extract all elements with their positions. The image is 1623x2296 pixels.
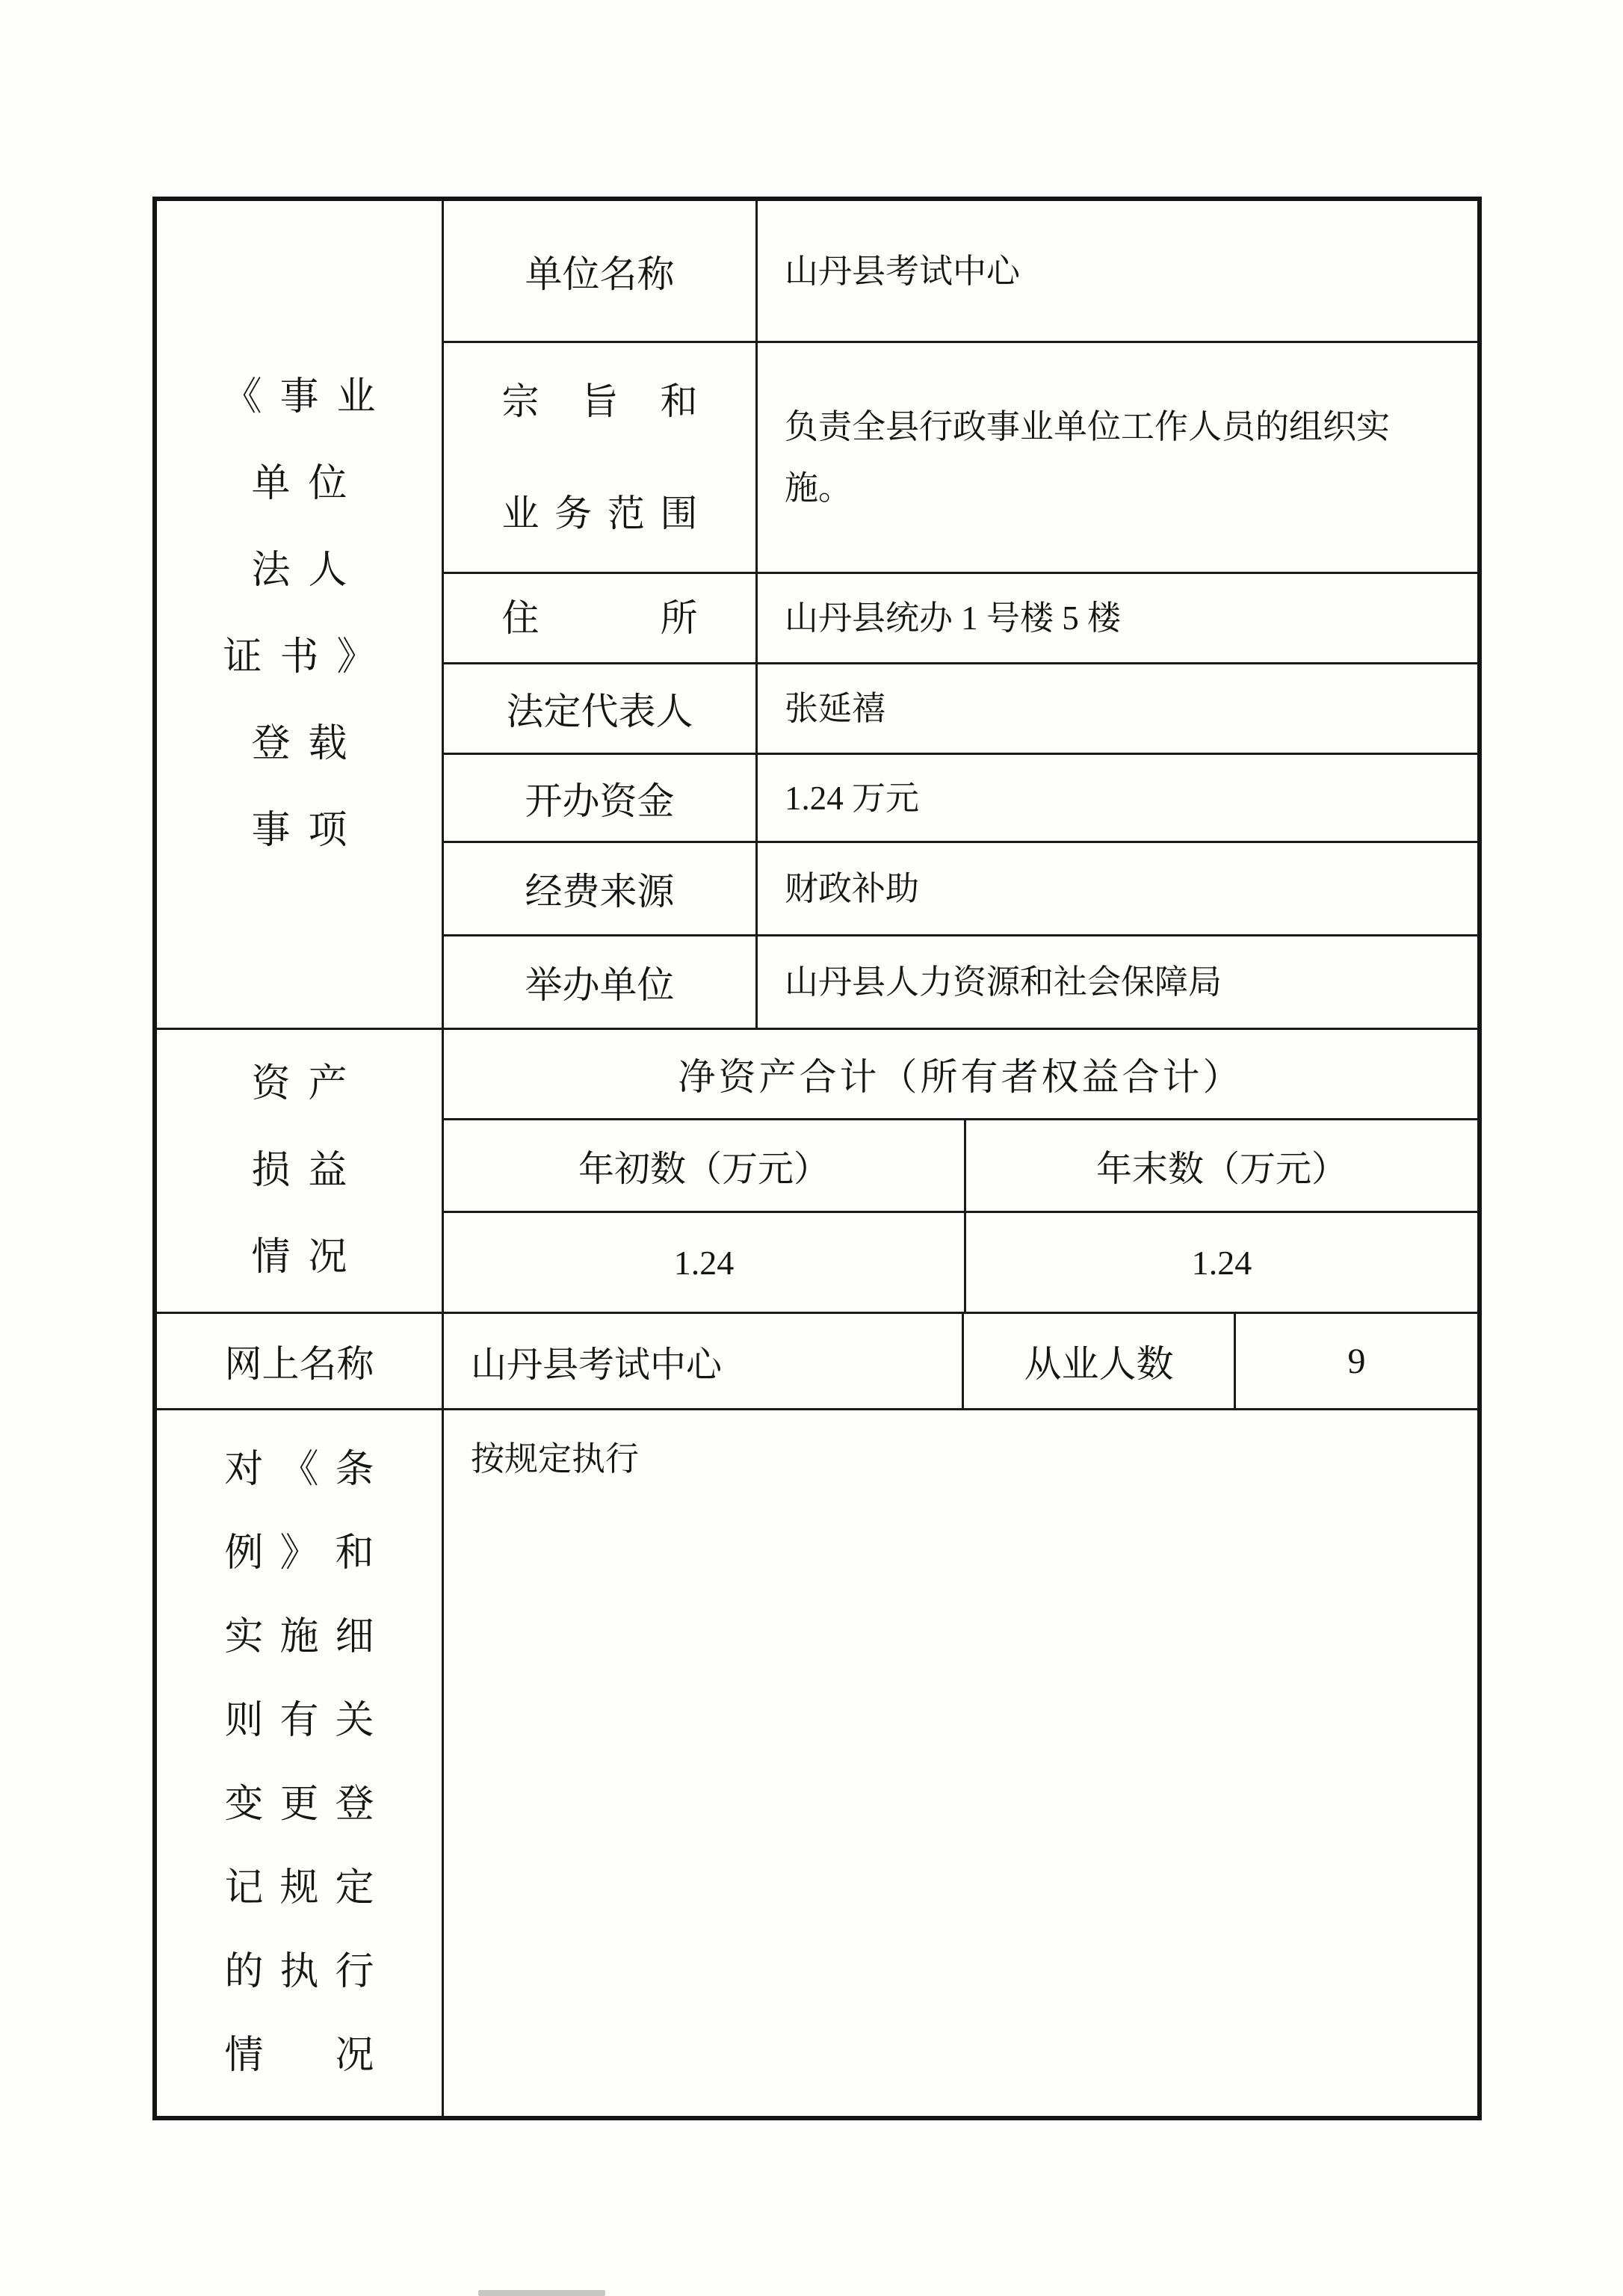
assets-section-header-cell: 资产 损益 情况 — [157, 1030, 444, 1312]
address-label-cell: 住所 — [444, 574, 758, 662]
online-name-section: 网上名称 山丹县考试中心 从业人数 9 — [157, 1312, 1477, 1408]
assets-section: 资产 损益 情况 净资产合计（所有者权益合计） 年初数（万元） 年末数（万元） … — [157, 1028, 1477, 1312]
purpose-scope-label-cell: 宗旨和 业务范围 — [444, 343, 758, 572]
opening-funds-value: 1.24 万元 — [758, 755, 1477, 841]
net-assets-header: 净资产合计（所有者权益合计） — [444, 1030, 1477, 1118]
legal-representative-label-cell: 法定代表人 — [444, 664, 758, 753]
funding-source-value: 财政补助 — [758, 843, 1477, 934]
scan-artifact — [478, 2290, 605, 2296]
row-opening-funds: 开办资金 1.24 万元 — [444, 753, 1477, 841]
row-funding-source: 经费来源 财政补助 — [444, 841, 1477, 934]
unit-name-label: 单位名称 — [525, 244, 675, 298]
organizer-label: 举办单位 — [525, 955, 675, 1009]
year-start-value: 1.24 — [444, 1213, 964, 1312]
online-name-label: 网上名称 — [157, 1314, 444, 1408]
unit-name-label-cell: 单位名称 — [444, 201, 758, 341]
assets-grid: 净资产合计（所有者权益合计） 年初数（万元） 年末数（万元） 1.24 1.24 — [444, 1030, 1477, 1312]
opening-funds-label-cell: 开办资金 — [444, 755, 758, 841]
assets-column-labels: 年初数（万元） 年末数（万元） — [444, 1118, 1477, 1211]
compliance-section-header: 对《条 例》和 实施细 则有关 变更登 记规定 的执行 情 况 — [208, 1428, 390, 2098]
year-start-label: 年初数（万元） — [444, 1120, 964, 1211]
year-end-label: 年末数（万元） — [964, 1120, 1477, 1211]
funding-source-label: 经费来源 — [525, 862, 675, 916]
assets-section-header: 资产 损益 情况 — [233, 1041, 365, 1301]
compliance-value: 按规定执行 — [444, 1410, 1477, 2116]
address-value: 山丹县统办 1 号楼 5 楼 — [758, 574, 1477, 662]
registration-form-table: 《事业 单位 法人 证书》 登载 事项 单位名称 山丹县考试中心 宗旨和 业务范… — [152, 197, 1482, 2120]
row-organizer: 举办单位 山丹县人力资源和社会保障局 — [444, 934, 1477, 1028]
funding-source-label-cell: 经费来源 — [444, 843, 758, 934]
online-name-value: 山丹县考试中心 — [444, 1314, 964, 1408]
row-address: 住所 山丹县统办 1 号楼 5 楼 — [444, 572, 1477, 662]
address-label: 住所 — [502, 562, 698, 674]
staff-count-label: 从业人数 — [964, 1314, 1236, 1408]
certificate-section-header-cell: 《事业 单位 法人 证书》 登载 事项 — [157, 201, 444, 1028]
row-unit-name: 单位名称 山丹县考试中心 — [444, 201, 1477, 341]
row-legal-representative: 法定代表人 张延禧 — [444, 662, 1477, 753]
purpose-scope-label: 宗旨和 业务范围 — [502, 345, 698, 570]
organizer-value: 山丹县人力资源和社会保障局 — [758, 936, 1477, 1028]
legal-representative-label: 法定代表人 — [507, 682, 693, 735]
compliance-section-header-cell: 对《条 例》和 实施细 则有关 变更登 记规定 的执行 情 况 — [157, 1410, 444, 2116]
purpose-scope-value: 负责全县行政事业单位工作人员的组织实 施。 — [758, 343, 1477, 572]
compliance-section: 对《条 例》和 实施细 则有关 变更登 记规定 的执行 情 况 按规定执行 — [157, 1408, 1477, 2116]
assets-column-values: 1.24 1.24 — [444, 1211, 1477, 1312]
organizer-label-cell: 举办单位 — [444, 936, 758, 1028]
year-end-value: 1.24 — [964, 1213, 1477, 1312]
certificate-section-header: 《事业 单位 法人 证书》 登载 事项 — [205, 354, 393, 874]
certificate-section: 《事业 单位 法人 证书》 登载 事项 单位名称 山丹县考试中心 宗旨和 业务范… — [157, 201, 1477, 1028]
certificate-rows: 单位名称 山丹县考试中心 宗旨和 业务范围 负责全县行政事业单位工作人员的组织实… — [444, 201, 1477, 1028]
staff-count-value: 9 — [1236, 1314, 1477, 1408]
row-purpose-scope: 宗旨和 业务范围 负责全县行政事业单位工作人员的组织实 施。 — [444, 341, 1477, 572]
unit-name-value: 山丹县考试中心 — [758, 201, 1477, 341]
opening-funds-label: 开办资金 — [525, 771, 675, 825]
legal-representative-value: 张延禧 — [758, 664, 1477, 753]
